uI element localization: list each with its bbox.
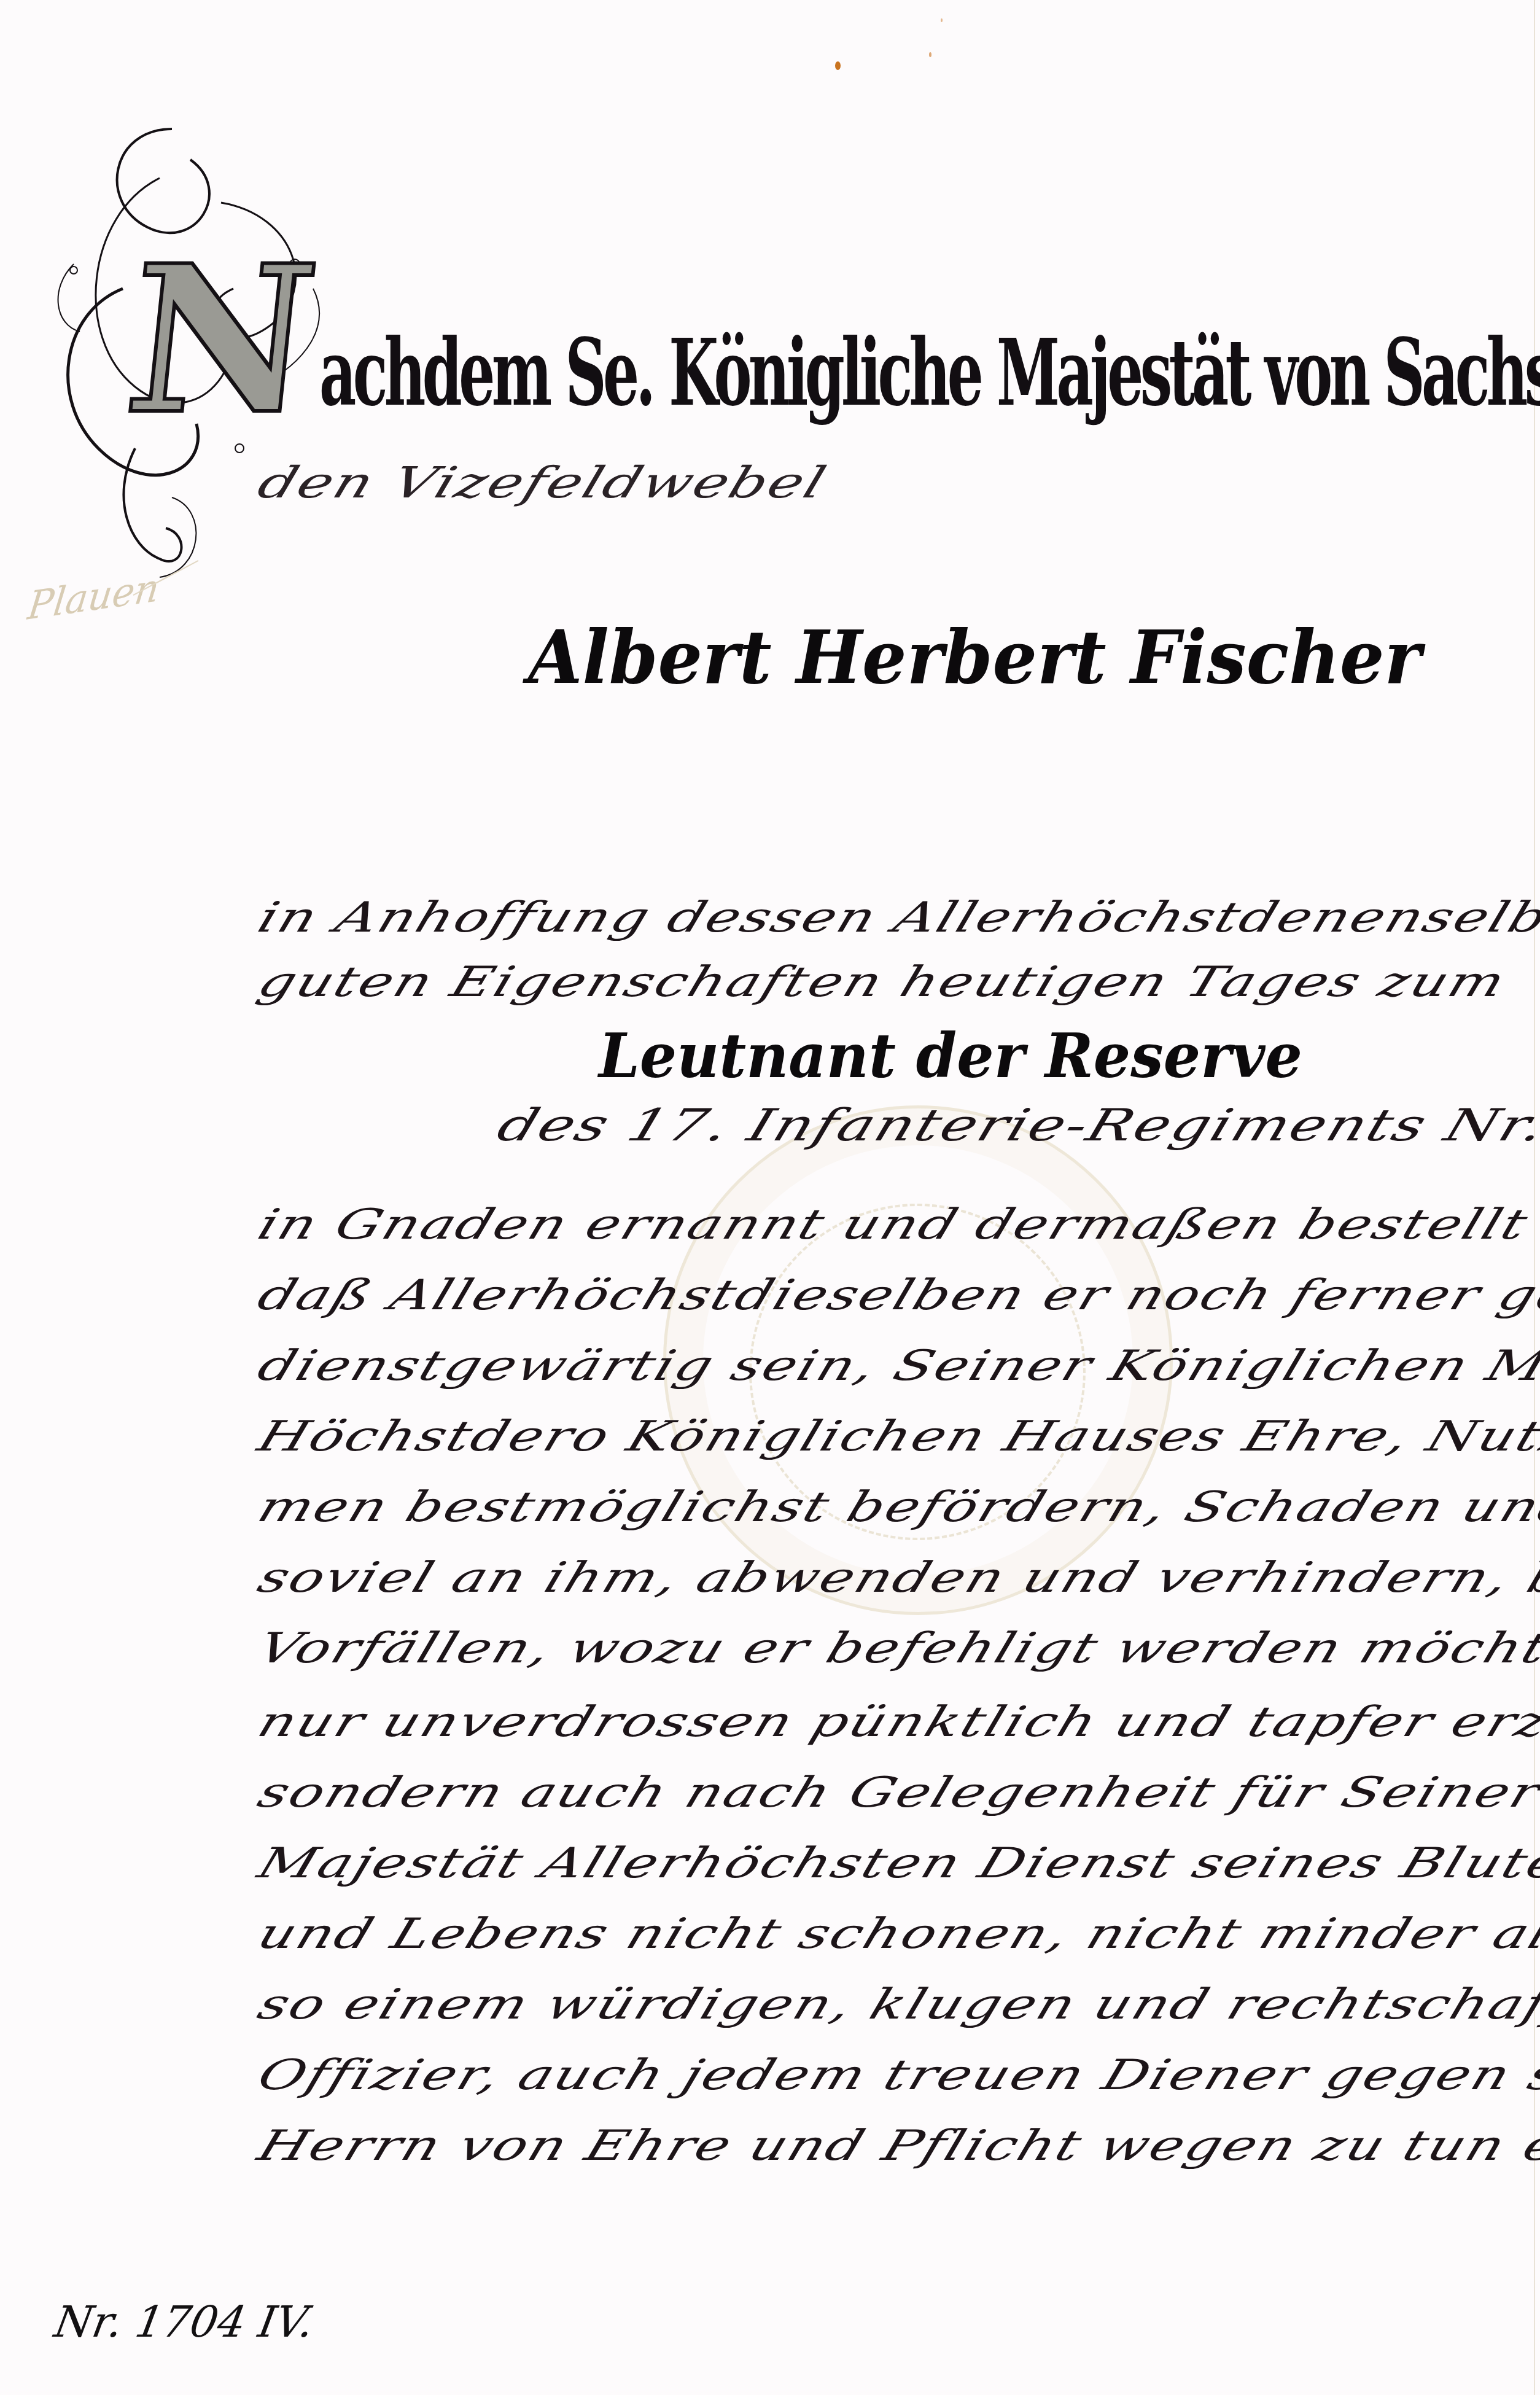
body-line: Offizier, auch jedem treuen Diener gegen…: [252, 2051, 1540, 2100]
foxing-stain: [941, 18, 943, 22]
foxing-stain: [835, 61, 841, 70]
body-line: daß Allerhöchstdieselben er noch ferner …: [252, 1271, 1540, 1320]
body-line: und Lebens nicht schonen, nicht minder a…: [252, 1910, 1540, 1958]
document-headline: N achdem Se. Königliche Majestät von Sac…: [129, 264, 1517, 424]
body-line: so einem würdigen, klugen und rechtschaf…: [252, 1980, 1540, 2029]
body-line: Herrn von Ehre und Pflicht wegen zu tun …: [252, 2122, 1540, 2170]
foxing-stain: [929, 52, 931, 57]
intro-line: in Anhoffung dessen Allerhöchstdenenselb…: [252, 894, 1540, 942]
ornamental-initial: N: [119, 238, 325, 441]
body-line: dienstgewärtig sein, Seiner Königlichen …: [252, 1342, 1540, 1390]
body-line: Höchstdero Königlichen Hauses Ehre, Nutz…: [252, 1412, 1540, 1461]
appointed-rank: Leutnant der Reserve: [599, 1019, 1302, 1092]
intro-line: guten Eigenschaften heutigen Tages zum: [252, 958, 1512, 1007]
regiment-line: des 17. Infanterie-Regiments Nr. 183: [491, 1099, 1540, 1151]
previous-rank: den Vizefeldwebel: [252, 458, 833, 508]
document-page: N achdem Se. Königliche Majestät von Sac…: [0, 0, 1540, 2395]
body-line: sondern auch nach Gelegenheit für Seiner…: [252, 1769, 1540, 1817]
reference-number: Nr. 1704 IV.: [51, 2297, 318, 2347]
recipient-name: Albert Herbert Fischer: [528, 614, 1421, 701]
headline-text: achdem Se. Königliche Majestät von Sachs…: [319, 327, 1540, 419]
body-line: Majestät Allerhöchsten Dienst seines Blu…: [252, 1839, 1540, 1888]
body-line: in Gnaden ernannt und dermaßen bestellt …: [252, 1201, 1540, 1249]
body-line: soviel an ihm, abwenden und verhindern, …: [252, 1554, 1540, 1602]
body-line: men bestmöglichst befördern, Schaden und…: [252, 1483, 1540, 1532]
body-line: nur unverdrossen pünktlich und tapfer er…: [252, 1698, 1540, 1747]
body-line: Vorfällen, wozu er befehligt werden möch…: [252, 1624, 1540, 1673]
